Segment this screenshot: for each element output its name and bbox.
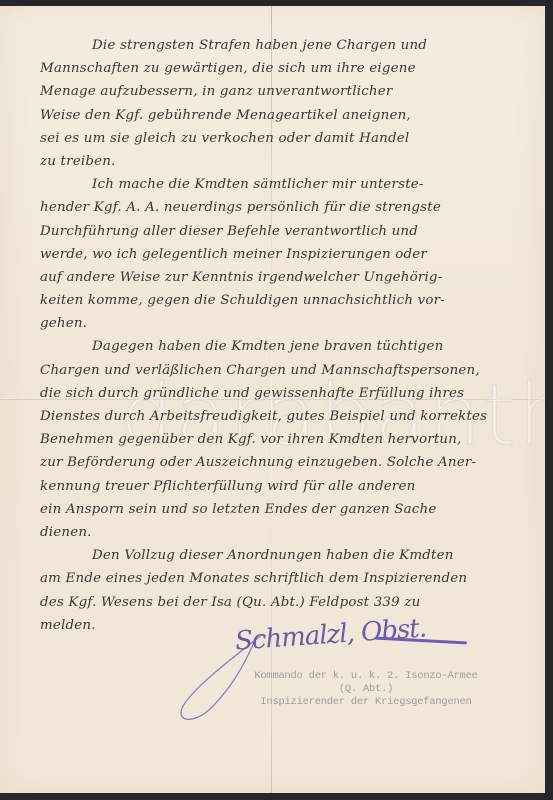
text-line: dienen.	[40, 521, 510, 544]
text-line: am Ende eines jeden Monates schriftlich …	[40, 567, 510, 590]
text-line: Den Vollzug dieser Anordnungen haben die…	[40, 544, 510, 567]
text-line: Die strengsten Strafen haben jene Charge…	[40, 34, 510, 57]
stamp-line-2: Inspizierender der Kriegsgefangenen	[246, 696, 486, 709]
text-line: Chargen und verläßlichen Chargen und Man…	[40, 359, 510, 382]
stamp-line-1: Kommando der k. u. k. 2. Isonzo-Armee (Q…	[246, 670, 486, 696]
text-line: zu treiben.	[40, 150, 510, 173]
text-line: Ich mache die Kmdten sämtlicher mir unte…	[40, 173, 510, 196]
text-line: ein Ansporn sein und so letzten Endes de…	[40, 498, 510, 521]
text-line: Weise den Kgf. gebührende Menageartikel …	[40, 104, 510, 127]
letter-body: Die strengsten Strafen haben jene Charge…	[40, 34, 510, 637]
text-line: Menage aufzubessern, in ganz unverantwor…	[40, 80, 510, 103]
letter-page: darabanth Die strengsten Strafen haben j…	[0, 6, 545, 793]
text-line: kennung treuer Pflichterfüllung wird für…	[40, 475, 510, 498]
text-line: des Kgf. Wesens bei der Isa (Qu. Abt.) F…	[40, 591, 510, 614]
text-line: hender Kgf. A. A. neuerdings persönlich …	[40, 196, 510, 219]
text-line: keiten komme, gegen die Schuldigen unnac…	[40, 289, 510, 312]
text-line: die sich durch gründliche und gewissenha…	[40, 382, 510, 405]
text-line: Mannschaften zu gewärtigen, die sich um …	[40, 57, 510, 80]
official-stamp: Kommando der k. u. k. 2. Isonzo-Armee (Q…	[246, 670, 486, 709]
text-line: Benehmen gegenüber den Kgf. vor ihren Km…	[40, 428, 510, 451]
text-line: Dienstes durch Arbeitsfreudigkeit, gutes…	[40, 405, 510, 428]
text-line: sei es um sie gleich zu verkochen oder d…	[40, 127, 510, 150]
text-line: Durchführung aller dieser Befehle verant…	[40, 220, 510, 243]
text-line: auf andere Weise zur Kenntnis irgendwelc…	[40, 266, 510, 289]
text-line: zur Beförderung oder Auszeichnung einzug…	[40, 451, 510, 474]
text-line: werde, wo ich gelegentlich meiner Inspiz…	[40, 243, 510, 266]
text-line: gehen.	[40, 312, 510, 335]
text-line: Dagegen haben die Kmdten jene braven tüc…	[40, 335, 510, 358]
